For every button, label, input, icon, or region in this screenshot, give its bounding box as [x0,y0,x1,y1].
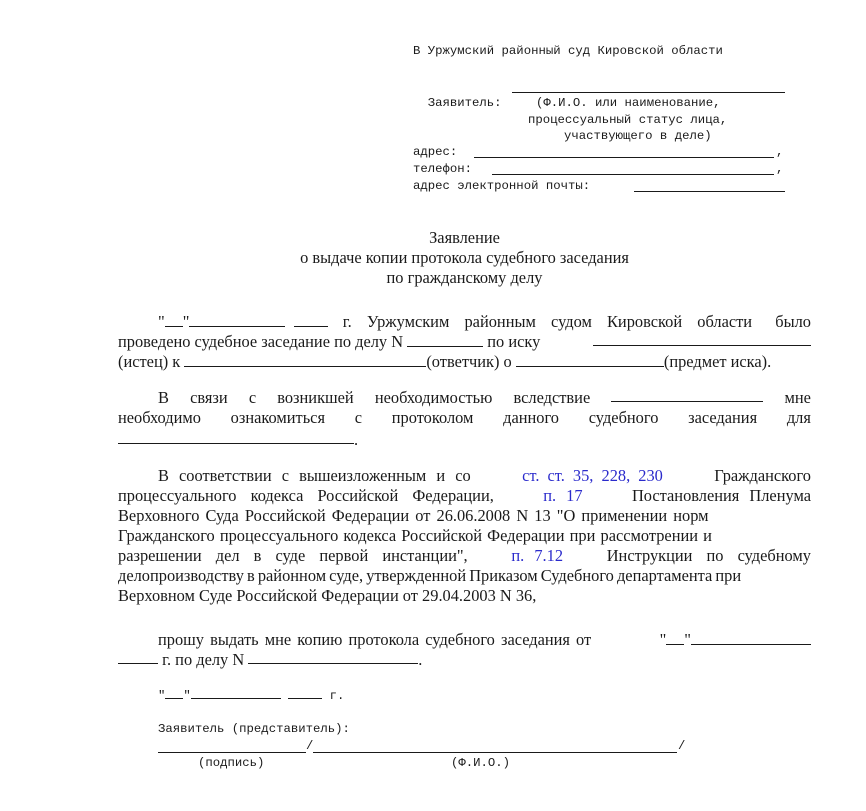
applicant-row: Заявитель: [413,78,502,112]
document-title: Заявление [118,228,811,248]
slash-2: / [678,738,685,755]
signer-label: Заявитель (представитель): [158,721,350,738]
court-addressee: В Уржумский районный суд Кировской облас… [413,43,723,60]
day-field[interactable] [165,313,183,327]
signature-field[interactable] [158,740,306,753]
defendant-field[interactable] [184,353,426,367]
sign-day-field[interactable] [165,687,183,699]
paragraph-reason: В связи с возникшей необходимостью вслед… [118,388,811,450]
email-label: адрес электронной почты: [413,178,590,195]
signature-hint: (подпись) [198,755,264,772]
address-field[interactable] [474,145,774,158]
phone-field[interactable] [492,162,774,175]
link-articles-35-228-230[interactable]: ст. ст. 35, 228, 230 [522,466,663,486]
document-subtitle-2: по гражданскому делу [118,268,811,288]
address-comma: , [776,144,783,161]
applicant-field[interactable] [512,80,785,93]
purpose-field[interactable] [118,430,354,444]
signature-date-row: "" г. [158,687,344,705]
document-subtitle-1: о выдаче копии протокола судебного засед… [118,248,811,268]
link-paragraph-17[interactable]: п. 17 [543,486,582,506]
request-year-field[interactable] [118,650,158,664]
date-field-group: "" [158,312,328,332]
reason-field[interactable] [611,388,763,402]
sign-month-field[interactable] [191,687,281,699]
paragraph-legal-basis: В соответствии с вышеизложенным и со ст.… [118,466,811,606]
plaintiff-field[interactable] [593,332,811,346]
case-number-field[interactable] [407,333,483,347]
email-field[interactable] [634,179,785,192]
paragraph-request: прошу выдать мне копию протокола судебно… [118,630,811,670]
request-day-field[interactable] [666,631,684,645]
month-field[interactable] [189,313,285,327]
applicant-hint-3: участвующего в деле) [564,128,712,145]
request-month-field[interactable] [691,631,811,645]
paragraph-hearing-info: "" г. Уржумским районным судом Кировской… [118,312,811,372]
address-label: адрес: [413,144,457,161]
year-field[interactable] [294,313,328,327]
name-hint: (Ф.И.О.) [451,755,510,772]
phone-label: телефон: [413,161,472,178]
link-paragraph-7-12[interactable]: п. 7.12 [511,546,563,566]
applicant-hint-1: (Ф.И.О. или наименование, [536,95,720,112]
applicant-hint-2: процессуальный статус лица, [528,112,727,129]
request-case-number-field[interactable] [248,650,418,664]
claim-subject-field[interactable] [516,353,664,367]
sign-year-field[interactable] [288,687,322,699]
phone-comma: , [776,161,783,178]
applicant-label: Заявитель: [428,96,502,110]
signer-name-field[interactable] [313,740,677,753]
